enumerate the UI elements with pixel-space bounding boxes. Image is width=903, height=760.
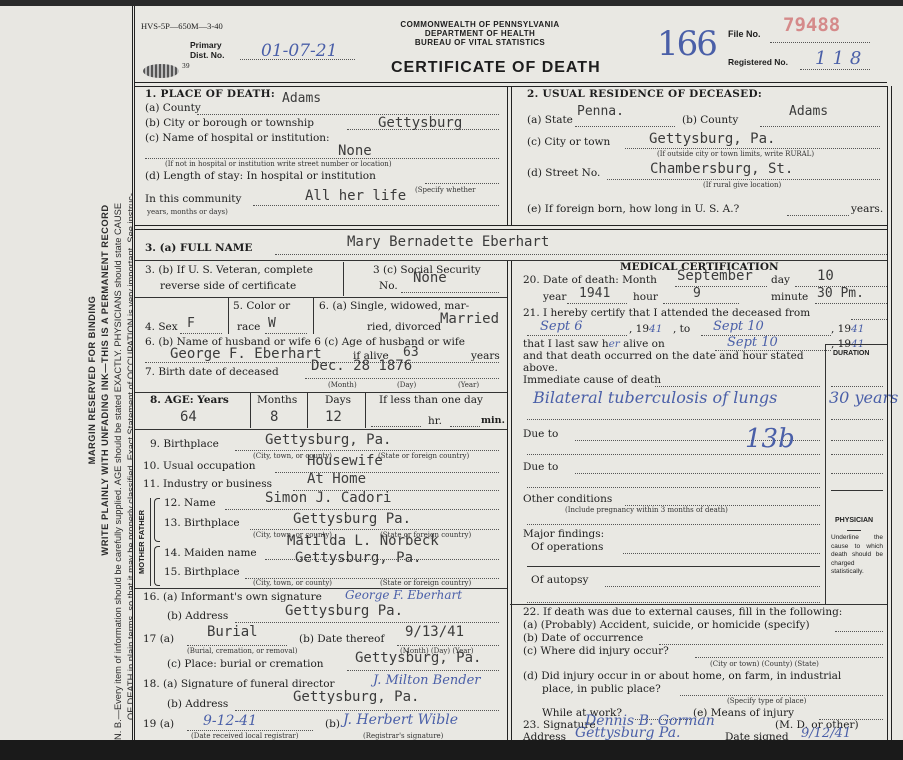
- birthplace-value: Gettysburg, Pa.: [265, 432, 391, 448]
- birthplace-label: 9. Birthplace: [150, 438, 219, 450]
- race-value: W: [268, 316, 276, 331]
- margin-instructions: MARGIN RESERVED FOR BINDING WRITE PLAINL…: [86, 20, 134, 740]
- injury-where-label: (c) Where did injury occur?: [523, 645, 669, 657]
- physician-title: PHYSICIAN: [835, 516, 873, 525]
- specify-note-2: years, months or days): [147, 208, 228, 216]
- age-days-value: 12: [325, 409, 342, 425]
- informant-address-value: Gettysburg Pa.: [285, 603, 403, 619]
- street-value: Chambersburg, St.: [650, 161, 793, 177]
- registered-no-label: Registered No.: [728, 57, 788, 67]
- parent-tags: MOTHER FATHER: [137, 498, 146, 586]
- mother-maiden-label: 14. Maiden name: [164, 547, 257, 559]
- injury-place-label-1: (d) Did injury occur in or about home, o…: [523, 670, 841, 682]
- alive-on-label: alive on: [623, 338, 665, 350]
- burial-place-label: (c) Place: burial or cremation: [167, 658, 324, 670]
- ssn-value: None: [413, 270, 447, 286]
- form-code: HVS-5P—650M—3-40: [141, 21, 223, 31]
- external-causes-title: 22. If death was due to external causes,…: [523, 606, 842, 618]
- street-note: (If rural give location): [703, 181, 781, 189]
- length-of-stay-label: (d) Length of stay: In hospital or insti…: [145, 170, 376, 182]
- attended-from-year: 41: [649, 323, 662, 335]
- burial-place-value: Gettysburg, Pa.: [355, 650, 481, 666]
- seal-icon: [143, 64, 179, 78]
- injury-place-label-2: place, in public place?: [542, 683, 661, 695]
- marital-label-2: ried, divorced: [367, 321, 441, 333]
- hospital-note: (If not in hospital or institution write…: [165, 160, 392, 168]
- hr-label: hr.: [428, 415, 442, 427]
- occupation-value: Housewife: [307, 453, 383, 469]
- mother-tag: MOTHER: [137, 542, 146, 575]
- foreign-years-unit: years.: [851, 203, 883, 215]
- city-label: (b) City or borough or township: [145, 117, 314, 129]
- date-received-note: (Date received local registrar): [191, 732, 299, 740]
- occurred-label: and that death occurred on the date and …: [523, 350, 804, 362]
- margin-line-2: WRITE PLAINLY WITH UNFADING INK—THIS IS …: [99, 20, 112, 740]
- death-month-value: September: [677, 268, 753, 284]
- autopsy-label: Of autopsy: [531, 574, 588, 586]
- veteran-label-1: 3. (b) If U. S. Veteran, complete: [145, 264, 313, 276]
- operations-label: Of operations: [531, 541, 603, 553]
- father-tag: FATHER: [137, 510, 146, 539]
- file-no-value: 79488: [783, 14, 840, 36]
- birth-year-note: (Year): [458, 381, 479, 389]
- informant-signature-label: 16. (a) Informant's own signature: [143, 591, 322, 603]
- funeral-director-signature: J. Milton Bender: [373, 673, 481, 688]
- res-city-label: (c) City or town: [527, 136, 610, 148]
- place-of-death-title: 1. PLACE OF DEATH:: [145, 88, 275, 100]
- disposition-value: Burial: [207, 624, 258, 640]
- other-conditions-note: (Include pregnancy within 3 months of de…: [565, 506, 728, 514]
- above-label: above.: [523, 362, 558, 374]
- other-conditions-label: Other conditions: [523, 493, 612, 505]
- registrar-signature-value: J. Herbert Wible: [343, 712, 458, 728]
- physician-address-value: Gettysburg Pa.: [575, 725, 681, 741]
- res-county-value: Adams: [789, 104, 828, 119]
- death-certificate: HVS-5P—650M—3-40 Primary Dist. No. 01-07…: [132, 6, 903, 740]
- industry-label: 11. Industry or business: [143, 478, 272, 490]
- mother-birthplace-label: 15. Birthplace: [164, 566, 240, 578]
- disposition-label: 17 (a): [143, 633, 174, 645]
- specify-note: (Specify whether: [415, 186, 476, 194]
- injury-where-note: (City or town) (County) (State): [710, 660, 819, 668]
- state-value: Penna.: [577, 104, 624, 119]
- occurrence-date-label: (b) Date of occurrence: [523, 632, 643, 644]
- primary-dist-label: Primary Dist. No.: [190, 40, 224, 60]
- registrar-signature-label: (b): [325, 718, 340, 730]
- street-label: (d) Street No.: [527, 167, 600, 179]
- father-birthplace-value: Gettysburg Pa.: [293, 511, 411, 527]
- major-findings-label: Major findings:: [523, 528, 604, 540]
- county-label: (a) County: [145, 102, 201, 114]
- director-address-value: Gettysburg, Pa.: [293, 689, 419, 705]
- due-to-label: Due to: [523, 428, 558, 440]
- spouse-age-unit: years: [471, 350, 500, 362]
- last-saw-value: Sept 10: [727, 335, 778, 350]
- death-day-value: 10: [817, 268, 834, 284]
- mother-state-note: (State or foreign country): [380, 579, 471, 587]
- informant-address-label: (b) Address: [167, 610, 228, 622]
- accident-label: (a) (Probably) Accident, suicide, or hom…: [523, 619, 810, 631]
- due-to-2-label: Due to: [523, 461, 558, 473]
- full-name-label: 3. (a) FULL NAME: [145, 242, 252, 254]
- birth-date-value: Dec. 28 1876: [311, 358, 412, 374]
- immediate-cause-value: Bilateral tuberculosis of lungs: [533, 388, 777, 407]
- registrar-signature-note: (Registrar's signature): [363, 732, 443, 740]
- res-county-label: (b) County: [682, 114, 738, 126]
- industry-value: At Home: [307, 471, 366, 487]
- minute-label: minute: [771, 291, 808, 303]
- hospital-label: (c) Name of hospital or institution:: [145, 132, 330, 144]
- res-city-value: Gettysburg, Pa.: [649, 131, 775, 147]
- disposition-date-value: 9/13/41: [405, 624, 464, 640]
- death-year-value: 1941: [579, 286, 610, 301]
- birth-month-note: (Month): [328, 381, 357, 389]
- attended-to-year: 41: [851, 323, 864, 335]
- file-no-label: File No.: [728, 29, 761, 39]
- ssn-label-2: No.: [379, 280, 398, 292]
- father-birthplace-label: 13. Birthplace: [164, 517, 240, 529]
- community-label: In this community: [145, 193, 241, 205]
- injury-place-note: (Specify type of place): [727, 697, 806, 705]
- date-signed-value: 9/12/41: [801, 726, 851, 741]
- full-name-value: Mary Bernadette Eberhart: [347, 234, 549, 250]
- last-saw-label: that I last saw h: [523, 338, 609, 350]
- director-address-label: (b) Address: [167, 698, 228, 710]
- bottom-border: [0, 740, 903, 760]
- certify-label: 21. I hereby certify that I attended the…: [523, 307, 810, 319]
- birth-date-label: 7. Birth date of deceased: [145, 366, 279, 378]
- agency-header: COMMONWEALTH OF PENNSYLVANIA DEPARTMENT …: [380, 20, 580, 47]
- birthplace-state-note: (State or foreign country): [378, 452, 469, 460]
- immediate-cause-label: Immediate cause of death: [523, 374, 661, 386]
- mother-city-note: (City, town, or county): [253, 579, 332, 587]
- attended-to-value: Sept 10: [713, 319, 764, 334]
- date-received-value: 9-12-41: [203, 713, 257, 729]
- day-label: day: [771, 274, 790, 286]
- registered-no-value: 118: [815, 48, 867, 69]
- foreign-born-label: (e) If foreign born, how long in U. S. A…: [527, 203, 739, 215]
- father-name-label: 12. Name: [164, 497, 216, 509]
- hour-label: hour: [633, 291, 658, 303]
- marital-value: Married: [440, 311, 499, 327]
- state-label: (a) State: [527, 114, 573, 126]
- attended-from-value: Sept 6: [540, 319, 583, 334]
- informant-signature-value: George F. Eberhart: [345, 588, 462, 602]
- sex-label: 4. Sex: [145, 321, 178, 333]
- city-value: Gettysburg: [378, 115, 462, 131]
- handwritten-number: 166: [657, 24, 716, 64]
- primary-dist-value: 01-07-21: [261, 41, 337, 61]
- minute-value: 30 Pm.: [817, 286, 864, 301]
- hospital-value: None: [338, 143, 372, 159]
- margin-line-1: MARGIN RESERVED FOR BINDING: [86, 20, 99, 740]
- mother-maiden-value: Matilda L. Norbeck: [287, 533, 439, 549]
- age-days-label: Days: [325, 394, 351, 406]
- duration-label: DURATION: [833, 349, 869, 358]
- res-city-note: (If outside city or town limits, write R…: [657, 150, 814, 158]
- age-years-value: 64: [180, 409, 197, 425]
- race-label: race: [237, 321, 260, 333]
- residence-title: 2. USUAL RESIDENCE OF DECEASED:: [527, 88, 762, 100]
- birth-day-note: (Day): [397, 381, 416, 389]
- veteran-label-2: reverse side of certificate: [160, 280, 296, 292]
- age-months-label: Months: [257, 394, 297, 406]
- disposition-note: (Burial, cremation, or removal): [187, 647, 298, 655]
- age-less-label: If less than one day: [379, 394, 483, 406]
- year-label: year: [543, 291, 566, 303]
- county-value: Adams: [282, 91, 321, 106]
- registrar-label: 19 (a): [143, 718, 174, 730]
- occupation-label: 10. Usual occupation: [143, 460, 255, 472]
- spouse-value: George F. Eberhart: [170, 346, 322, 362]
- mother-birthplace-value: Gettysburg, Pa.: [295, 550, 421, 566]
- age-years-label: 8. AGE: Years: [150, 394, 229, 406]
- disposition-date-label: (b) Date thereof: [299, 633, 384, 645]
- last-saw-pronoun: er: [609, 338, 620, 350]
- community-value: All her life: [305, 188, 406, 204]
- to-label: , to: [673, 323, 690, 335]
- color-label: 5. Color or: [233, 300, 290, 312]
- seal-mark: 39: [182, 63, 190, 70]
- certificate-title: CERTIFICATE OF DEATH: [391, 59, 601, 77]
- physician-note: Underline the cause to which death shoul…: [831, 534, 883, 577]
- father-name-value: Simon J. Cadori: [265, 490, 391, 506]
- due-to-value: 13b: [745, 424, 795, 454]
- hour-value: 9: [693, 286, 701, 301]
- age-months-value: 8: [270, 409, 278, 425]
- sex-value: F: [187, 316, 195, 331]
- min-label: min.: [481, 415, 505, 426]
- death-date-label: 20. Date of death: Month: [523, 274, 657, 286]
- margin-line-3: N. B.—Every item of information should b…: [112, 20, 125, 740]
